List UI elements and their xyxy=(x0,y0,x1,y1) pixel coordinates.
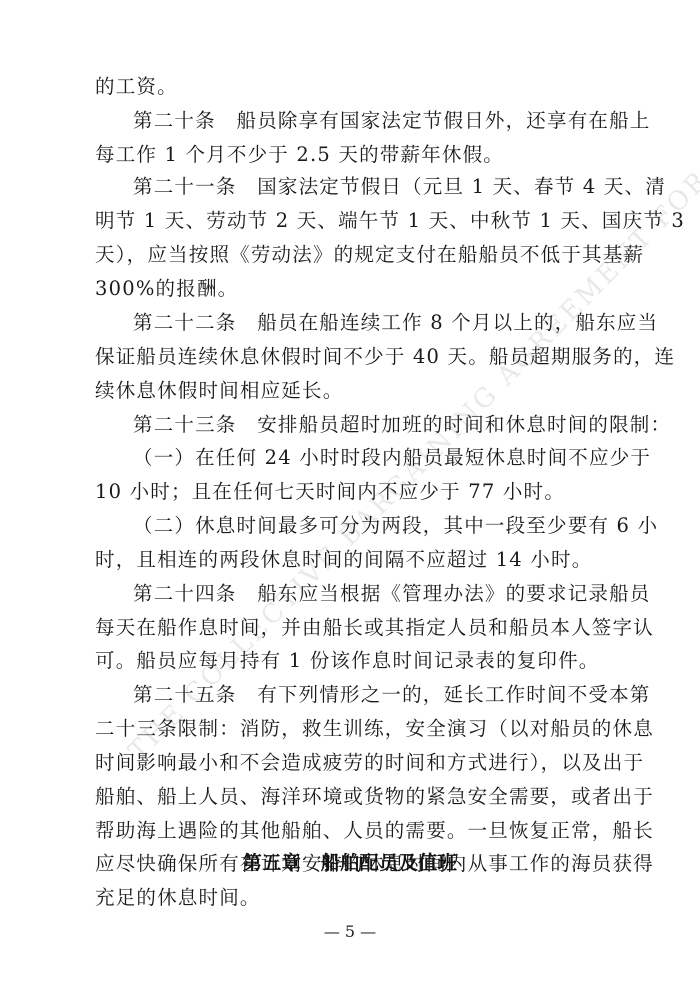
text-line: 时，且相连的两段休息时间的间隔不应超过 14 小时。 xyxy=(95,548,592,572)
text-line: 每天在船作息时间，并由船长或其指定人员和船员本人签字认 xyxy=(95,616,654,640)
text-line: 第二十四条 船东应当根据《管理办法》的要求记录船员 xyxy=(133,582,651,606)
document-page: THE COLLECTIVE BARGAINING AGREEMENT FOR … xyxy=(0,0,700,990)
text-line: 明节 1 天、劳动节 2 天、端午节 1 天、中秋节 1 天、国庆节 3 xyxy=(95,209,685,233)
text-line: 第二十二条 船员在船连续工作 8 个月以上的，船东应当 xyxy=(133,311,658,335)
text-line: 第二十条 船员除享有国家法定节假日外，还享有在船上 xyxy=(133,109,651,133)
text-line: 充足的休息时间。 xyxy=(95,886,261,910)
text-line: 保证船员连续休息休假时间不少于 40 天。船员超期服务的，连 xyxy=(95,345,675,369)
text-line: 天），应当按照《劳动法》的规定支付在船船员不低于其基薪 xyxy=(95,243,644,267)
text-line: 第二十五条 有下列情形之一的，延长工作时间不受本第 xyxy=(133,683,651,707)
text-line: 时间影响最小和不会造成疲劳的时间和方式进行），以及出于 xyxy=(95,751,644,775)
text-line: 的工资。 xyxy=(95,75,178,99)
text-line: 第二十三条 安排船员超时加班的时间和休息时间的限制： xyxy=(133,413,671,437)
text-line: 第二十一条 国家法定节假日（元旦 1 天、春节 4 天、清 xyxy=(133,175,666,199)
chapter-heading: 第五章 船舶配员及值班 xyxy=(0,848,700,875)
text-line: 帮助海上遇险的其他船舶、人员的需要。一旦恢复正常，船长 xyxy=(95,819,654,843)
text-line: 每工作 1 个月不少于 2.5 天的带薪年休假。 xyxy=(95,143,504,167)
text-line: 可。船员应每月持有 1 份该作息时间记录表的复印件。 xyxy=(95,649,600,673)
text-line: 10 小时；且在任何七天时间内不应少于 77 小时。 xyxy=(95,480,565,504)
text-line: 续休息休假时间相应延长。 xyxy=(95,379,343,403)
text-line: 船舶、船上人员、海洋环境或货物的紧急安全需要，或者出于 xyxy=(95,785,654,809)
text-line: （一）在任何 24 小时时段内船员最短休息时间不应少于 xyxy=(133,446,651,470)
text-line: （二）休息时间最多可分为两段，其中一段至少要有 6 小 xyxy=(133,514,658,538)
page-number: — 5 — xyxy=(0,922,700,941)
text-line: 二十三条限制：消防，救生训练，安全演习（以对船员的休息 xyxy=(95,717,654,741)
text-line: 300%的报酬。 xyxy=(95,277,238,301)
